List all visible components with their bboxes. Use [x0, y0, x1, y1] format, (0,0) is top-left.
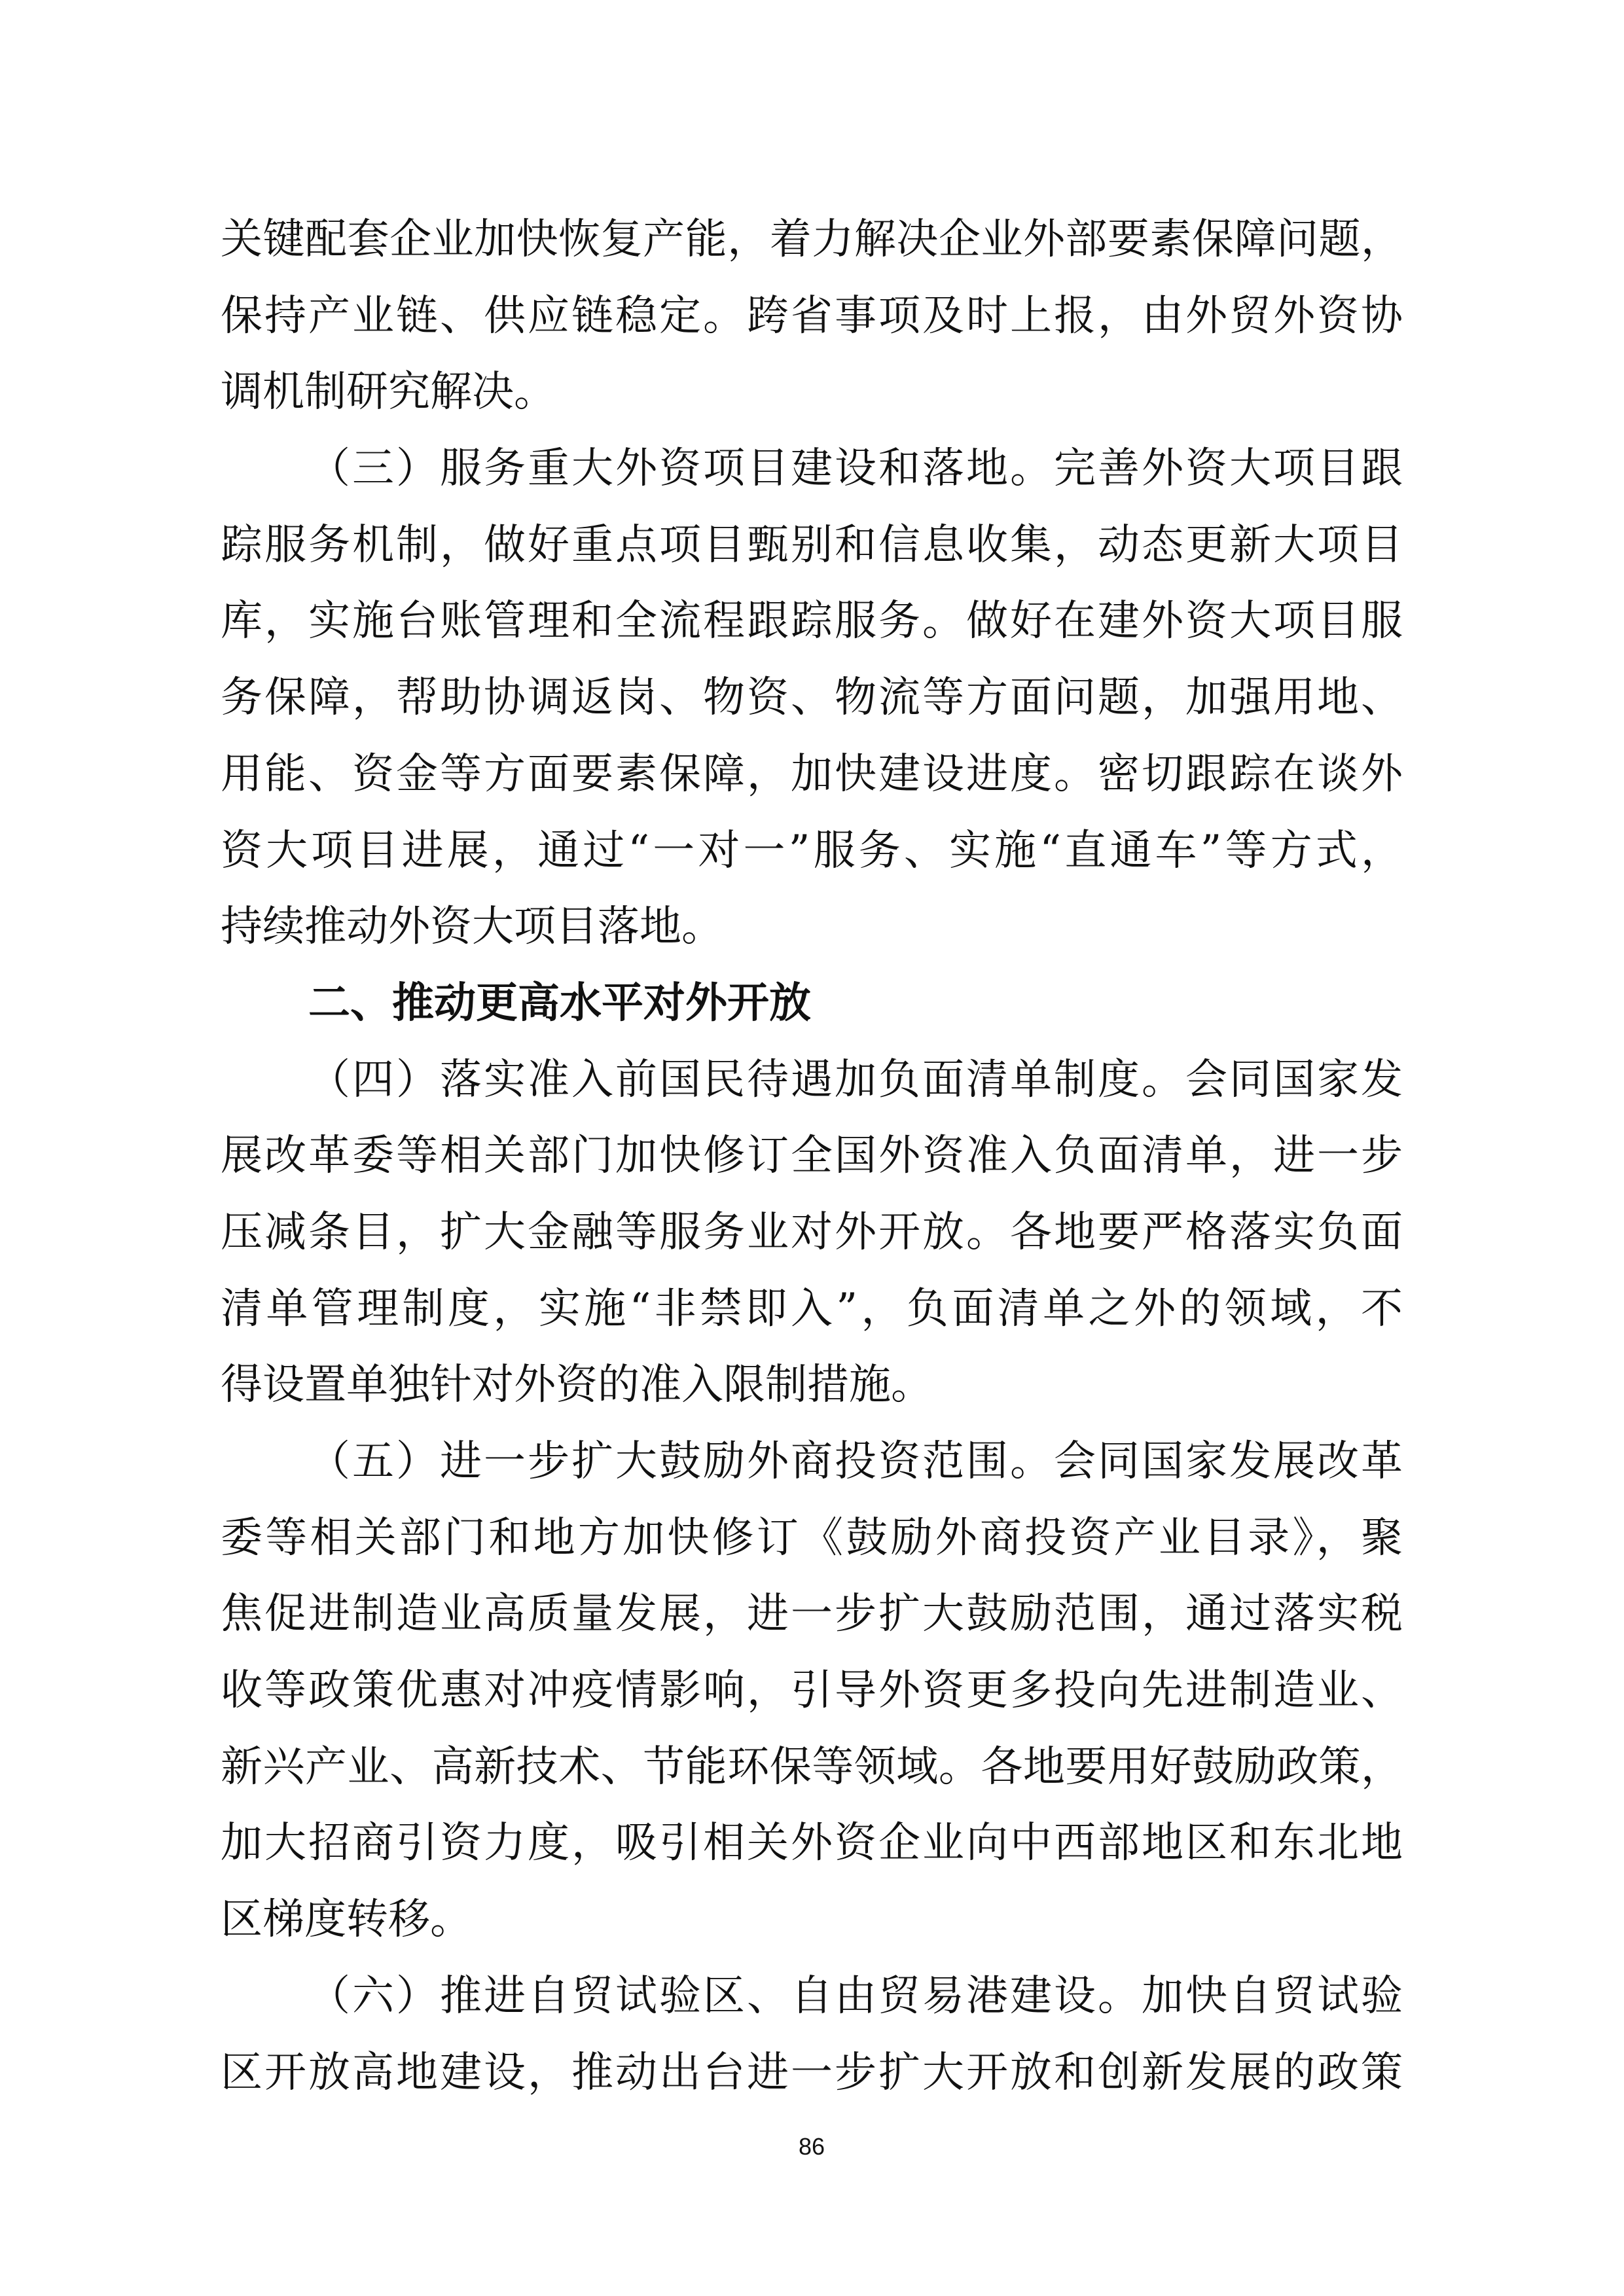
section-heading: 二、推动更高水平对外开放 [221, 965, 1403, 1042]
paragraph-item-5: （五）进一步扩大鼓励外商投资范围。会同国家发展改革 委等相关部门和地方加快修订《… [221, 1424, 1403, 1958]
text-line: 清单管理制度，实施“非禁即入”，负面清单之外的领域，不 [221, 1271, 1403, 1348]
text-line: 新兴产业、高新技术、节能环保等领域。各地要用好鼓励政策， [221, 1729, 1403, 1806]
text-line: 加大招商引资力度，吸引相关外资企业向中西部地区和东北地 [221, 1805, 1403, 1882]
text-line: 持续推动外资大项目落地。 [221, 889, 1403, 965]
text-line: 关键配套企业加快恢复产能，着力解决企业外部要素保障问题， [221, 202, 1403, 278]
text-line: 资大项目进展，通过“一对一”服务、实施“直通车”等方式， [221, 813, 1403, 889]
text-line: 区梯度转移。 [221, 1882, 1403, 1958]
text-line: （六）推进自贸试验区、自由贸易港建设。加快自贸试验 [221, 1958, 1403, 2035]
paragraph-item-4: （四）落实准入前国民待遇加负面清单制度。会同国家发 展改革委等相关部门加快修订全… [221, 1042, 1403, 1424]
text-line: 调机制研究解决。 [221, 354, 1403, 431]
section-heading-text: 二、推动更高水平对外开放 [221, 965, 1403, 1042]
text-line: （五）进一步扩大鼓励外商投资范围。会同国家发展改革 [221, 1424, 1403, 1500]
text-line: 区开放高地建设，推动出台进一步扩大开放和创新发展的政策 [221, 2035, 1403, 2111]
text-line: 展改革委等相关部门加快修订全国外资准入负面清单，进一步 [221, 1118, 1403, 1194]
document-body: 关键配套企业加快恢复产能，着力解决企业外部要素保障问题， 保持产业链、供应链稳定… [221, 202, 1403, 2111]
text-line: （四）落实准入前国民待遇加负面清单制度。会同国家发 [221, 1042, 1403, 1119]
text-line: 用能、资金等方面要素保障，加快建设进度。密切跟踪在谈外 [221, 736, 1403, 813]
text-line: （三）服务重大外资项目建设和落地。完善外资大项目跟 [221, 431, 1403, 507]
text-line: 务保障，帮助协调返岗、物资、物流等方面问题，加强用地、 [221, 660, 1403, 736]
document-page: 关键配套企业加快恢复产能，着力解决企业外部要素保障问题， 保持产业链、供应链稳定… [0, 0, 1624, 2296]
paragraph-item-6: （六）推进自贸试验区、自由贸易港建设。加快自贸试验 区开放高地建设，推动出台进一… [221, 1958, 1403, 2111]
text-line: 委等相关部门和地方加快修订《鼓励外商投资产业目录》，聚 [221, 1500, 1403, 1577]
paragraph-continuation: 关键配套企业加快恢复产能，着力解决企业外部要素保障问题， 保持产业链、供应链稳定… [221, 202, 1403, 431]
page-number: 86 [779, 2130, 844, 2163]
text-line: 保持产业链、供应链稳定。跨省事项及时上报，由外贸外资协 [221, 278, 1403, 355]
text-line: 焦促进制造业高质量发展，进一步扩大鼓励范围，通过落实税 [221, 1576, 1403, 1653]
paragraph-item-3: （三）服务重大外资项目建设和落地。完善外资大项目跟 踪服务机制，做好重点项目甄别… [221, 431, 1403, 965]
text-line: 压减条目，扩大金融等服务业对外开放。各地要严格落实负面 [221, 1194, 1403, 1271]
text-line: 得设置单独针对外资的准入限制措施。 [221, 1347, 1403, 1424]
text-line: 踪服务机制，做好重点项目甄别和信息收集，动态更新大项目 [221, 507, 1403, 584]
text-line: 库，实施台账管理和全流程跟踪服务。做好在建外资大项目服 [221, 583, 1403, 660]
text-line: 收等政策优惠对冲疫情影响，引导外资更多投向先进制造业、 [221, 1653, 1403, 1729]
